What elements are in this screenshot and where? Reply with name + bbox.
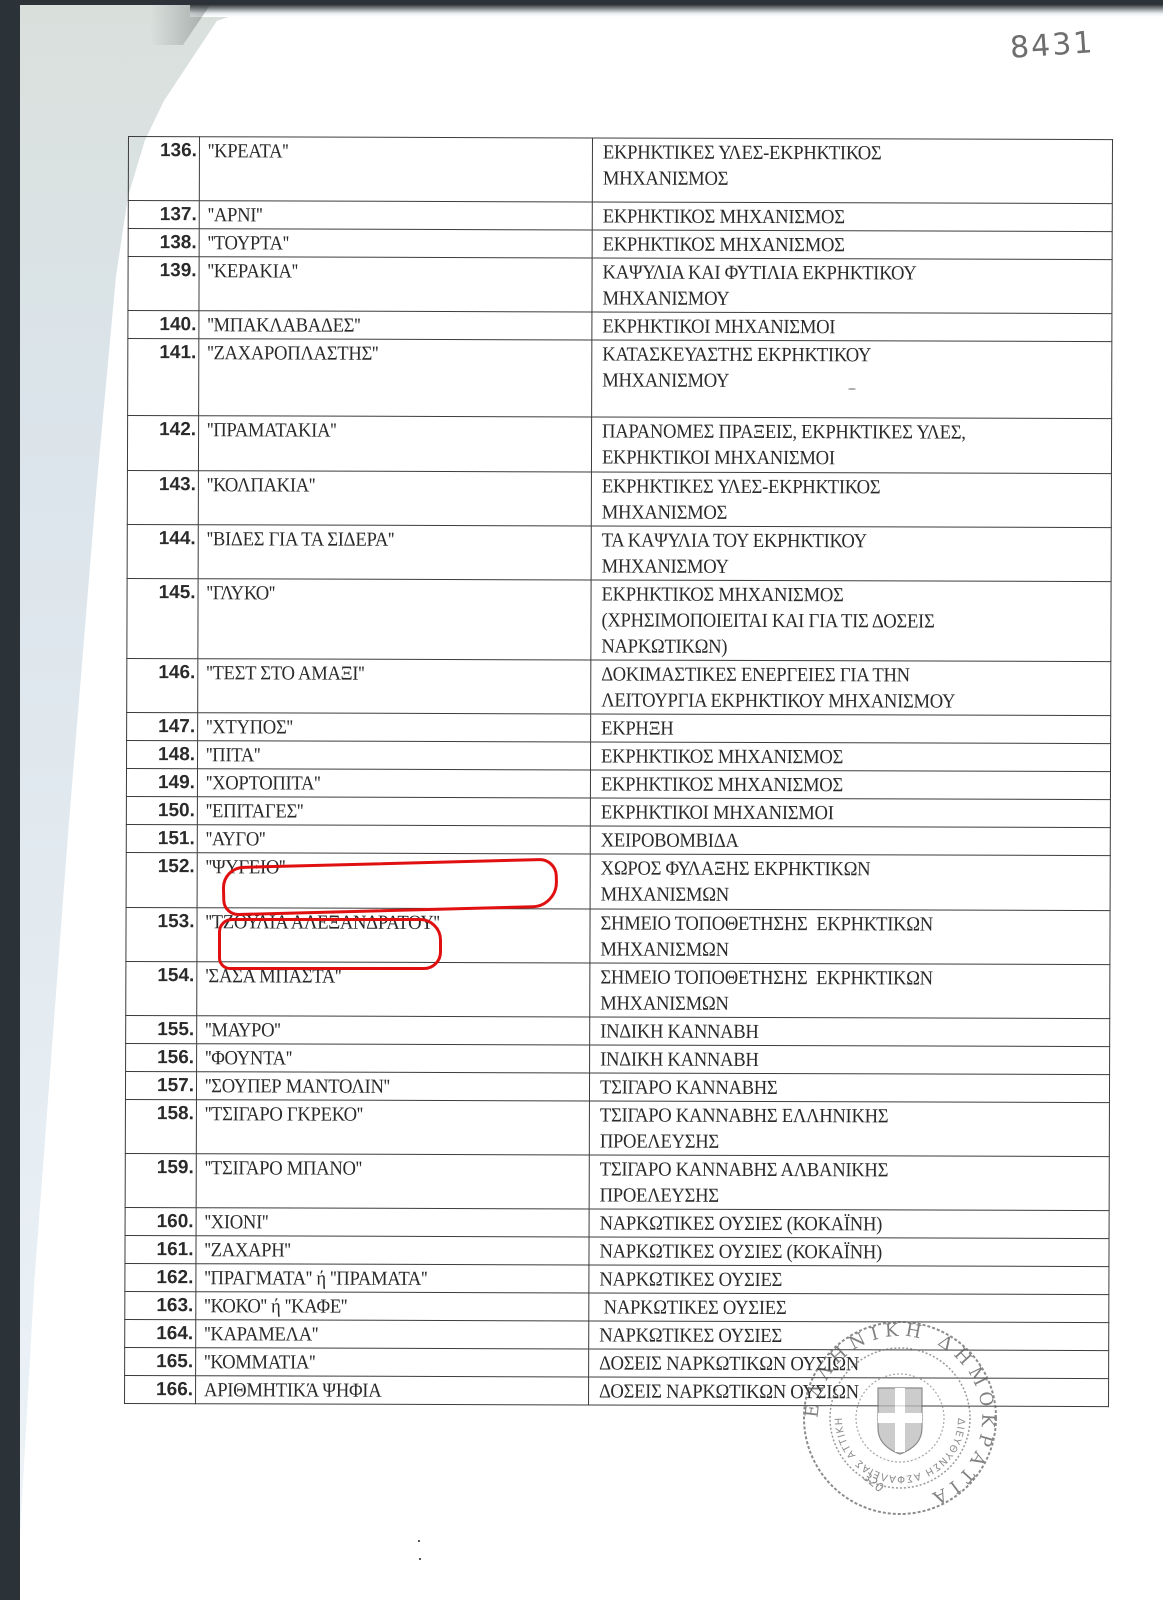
codeword-term: ''ΧΙΟΝΙ'': [196, 1208, 589, 1237]
codeword-text: ''ΠΙΤΑ'': [206, 742, 563, 769]
codeword-meaning: ΤΑ ΚΑΨΥΛΙΑ ΤΟΥ ΕΚΡΗΚΤΙΚΟΥΜΗΧΑΝΙΣΜΟΥ: [591, 526, 1111, 582]
codeword-meaning: ΕΚΡΗΚΤΙΚΟΣ ΜΗΧΑΝΙΣΜΟΣ: [591, 742, 1111, 772]
meaning-line: ΝΑΡΚΩΤΙΚΕΣ ΟΥΣΙΕΣ (ΚΟΚΑΪΝΗ): [600, 1210, 1070, 1237]
row-number: 155.: [126, 1015, 197, 1043]
codeword-term: ''ΠΙΤΑ'': [198, 741, 591, 770]
meaning-line: ΕΚΡΗΚΤΙΚΕΣ ΥΛΕΣ-ΕΚΡΗΚΤΙΚΟΣ: [603, 139, 1073, 166]
row-number: 143.: [127, 470, 198, 524]
meaning-line: ΜΗΧΑΝΙΣΜΟΣ: [603, 165, 1073, 192]
table-row: 157.''ΣΟΥΠΕΡ ΜΑΝΤΟΛΙΝ''ΤΣΙΓΑΡΟ ΚΑΝΝΑΒΗΣ: [125, 1071, 1109, 1102]
codeword-term: ''ΤΟΥΡΤΑ'': [199, 229, 592, 258]
codeword-term: ''ΤΣΙΓΑΡΟ ΓΚΡΕΚΟ'': [196, 1100, 589, 1155]
table-row: 160.''ΧΙΟΝΙ''ΝΑΡΚΩΤΙΚΕΣ ΟΥΣΙΕΣ (ΚΟΚΑΪΝΗ): [125, 1207, 1109, 1238]
codeword-term: ''ΒΙΔΕΣ ΓΙΑ ΤΑ ΣΙΔΕΡΑ'': [198, 525, 591, 580]
row-number: 151.: [126, 824, 197, 852]
codeword-text: ''ΠΡΑΓΜΑΤΑ'' ή ''ΠΡΑΜΑΤΑ'': [204, 1265, 561, 1292]
codeword-text: ''ΤΕΣΤ ΣΤΟ ΑΜΑΞΙ'': [206, 660, 563, 687]
codeword-text: ''ΑΡΝΙ'': [208, 202, 565, 229]
row-number: 145.: [127, 578, 198, 658]
meaning-line: ΕΚΡΗΚΤΙΚΟΙ ΜΗΧΑΝΙΣΜΟΙ: [602, 313, 1072, 340]
meaning-line: ΜΗΧΑΝΙΣΜΩΝ: [601, 881, 1071, 908]
codeword-meaning: ΕΚΡΗΚΤΙΚΕΣ ΥΛΕΣ-ΕΚΡΗΚΤΙΚΟΣΜΗΧΑΝΙΣΜΟΣ: [591, 472, 1111, 528]
codeword-meaning: ΚΑΨΥΛΙΑ ΚΑΙ ΦΥΤΙΛΙΑ ΕΚΡΗΚΤΙΚΟΥΜΗΧΑΝΙΣΜΟΥ: [592, 258, 1112, 314]
codeword-meaning: ΕΚΡΗΚΤΙΚΟΣ ΜΗΧΑΝΙΣΜΟΣ: [590, 770, 1110, 800]
codeword-text: ''ΚΟΚΟ'' ή ''ΚΑΦΕ'': [204, 1293, 561, 1320]
meaning-line: ΜΗΧΑΝΙΣΜΟΥ: [602, 367, 1072, 394]
meaning-line: ΕΚΡΗΞΗ: [601, 715, 1071, 742]
table-row: 148.''ΠΙΤΑ''ΕΚΡΗΚΤΙΚΟΣ ΜΗΧΑΝΙΣΜΟΣ: [127, 740, 1111, 771]
codeword-meaning: ΕΚΡΗΚΤΙΚΟΣ ΜΗΧΑΝΙΣΜΟΣ: [592, 202, 1112, 232]
codeword-meaning: ΤΣΙΓΑΡΟ ΚΑΝΝΑΒΗΣ ΕΛΛΗΝΙΚΗΣΠΡΟΕΛΕΥΣΗΣ: [589, 1101, 1109, 1157]
meaning-line: ΕΚΡΗΚΤΙΚΟΣ ΜΗΧΑΝΙΣΜΟΣ: [603, 231, 1073, 258]
handwritten-page-number: 8431: [1009, 25, 1096, 66]
meaning-line: ΝΑΡΚΩΤΙΚΕΣ ΟΥΣΙΕΣ: [599, 1266, 1069, 1293]
codeword-text: ''ΤΣΙΓΑΡΟ ΓΚΡΕΚΟ'': [205, 1101, 562, 1128]
row-number: 152.: [126, 852, 197, 907]
row-number: 137.: [128, 201, 199, 229]
meaning-line: ΜΗΧΑΝΙΣΜΟΥ: [602, 553, 1072, 580]
table-row: 138.''ΤΟΥΡΤΑ''ΕΚΡΗΚΤΙΚΟΣ ΜΗΧΑΝΙΣΜΟΣ: [128, 229, 1112, 260]
meaning-line: ΜΗΧΑΝΙΣΜΩΝ: [600, 936, 1070, 963]
codeword-text: ''ΠΡΑΜΑΤΑΚΙΑ'': [207, 417, 564, 444]
codeword-text: ΑΡΙΘΜΗΤΙΚΆ ΨΗΦΙΑ: [204, 1377, 561, 1404]
meaning-line: ΠΡΟΕΛΕΥΣΗΣ: [600, 1128, 1070, 1155]
codeword-meaning: ΙΝΔΙΚΗ ΚΑΝΝΑΒΗ: [590, 1017, 1110, 1047]
table-row-highlighted: 153.''ΤΖΟΥΛΙΑ ΑΛΕΞΑΝΔΡΑΤΟΥ''ΣΗΜΕΙΟ ΤΟΠΟΘ…: [126, 907, 1110, 964]
scanner-edge-left: [0, 0, 20, 1600]
meaning-line: ΤΣΙΓΑΡΟ ΚΑΝΝΑΒΗΣ: [600, 1074, 1070, 1101]
meaning-line: ΕΚΡΗΚΤΙΚΟΣ ΜΗΧΑΝΙΣΜΟΣ: [602, 581, 1072, 608]
table-row: 141.''ΖΑΧΑΡΟΠΛΑΣΤΗΣ''ΚΑΤΑΣΚΕΥΑΣΤΗΣ ΕΚΡΗΚ…: [128, 339, 1112, 419]
row-number: 142.: [127, 416, 198, 471]
meaning-line: ΣΗΜΕΙΟ ΤΟΠΟΘΕΤΗΣΗΣ ΕΚΡΗΚΤΙΚΩΝ: [600, 910, 1070, 937]
meaning-line: ΤΑ ΚΑΨΥΛΙΑ ΤΟΥ ΕΚΡΗΚΤΙΚΟΥ: [602, 527, 1072, 554]
meaning-line: ΠΑΡΑΝΟΜΕΣ ΠΡΑΞΕΙΣ, ΕΚΡΗΚΤΙΚΕΣ ΥΛΕΣ,: [602, 418, 1072, 445]
codeword-meaning: ΝΑΡΚΩΤΙΚΕΣ ΟΥΣΙΕΣ: [589, 1265, 1109, 1295]
meaning-line: ΙΝΔΙΚΗ ΚΑΝΝΑΒΗ: [600, 1018, 1070, 1045]
codeword-term: ''ΑΡΝΙ'': [199, 201, 592, 230]
table-row: 150.''ΕΠΙΤΑΓΕΣ''ΕΚΡΗΚΤΙΚΟΙ ΜΗΧΑΝΙΣΜΟΙ: [126, 796, 1110, 827]
meaning-line: ΕΚΡΗΚΤΙΚΟΣ ΜΗΧΑΝΙΣΜΟΣ: [601, 743, 1071, 770]
codeword-term: ''ΚΕΡΑΚΙΑ'': [199, 257, 592, 312]
row-number: 149.: [126, 768, 197, 796]
codeword-text: ''ΚΕΡΑΚΙΑ'': [208, 258, 565, 285]
codeword-term: ''ΤΣΙΓΑΡΟ ΜΠΑΝΟ'': [196, 1154, 589, 1209]
codeword-meaning: ΔΟΚΙΜΑΣΤΙΚΕΣ ΕΝΕΡΓΕΙΕΣ ΓΙΑ ΤΗΝΛΕΙΤΟΥΡΓΙΑ…: [591, 660, 1111, 716]
codeword-text: ''ΧΟΡΤΟΠΙΤΑ'': [206, 770, 563, 797]
table-row: 139.''ΚΕΡΑΚΙΑ''ΚΑΨΥΛΙΑ ΚΑΙ ΦΥΤΙΛΙΑ ΕΚΡΗΚ…: [128, 257, 1112, 314]
table-row: 149.''ΧΟΡΤΟΠΙΤΑ''ΕΚΡΗΚΤΙΚΟΣ ΜΗΧΑΝΙΣΜΟΣ: [126, 768, 1110, 799]
row-number: 153.: [126, 907, 197, 961]
codeword-term: ''ΚΟΜΜΑΤΙΑ'': [196, 1348, 589, 1377]
codeword-meaning: ΧΩΡΟΣ ΦΥΛΑΞΗΣ ΕΚΡΗΚΤΙΚΩΝΜΗΧΑΝΙΣΜΩΝ: [590, 854, 1110, 911]
codeword-term: ''ΖΑΧΑΡΗ'': [196, 1236, 589, 1265]
meaning-line: ΕΚΡΗΚΤΙΚΟΙ ΜΗΧΑΝΙΣΜΟΙ: [602, 444, 1072, 471]
table-row: 147.''ΧΤΥΠΟΣ''ΕΚΡΗΞΗ: [127, 712, 1111, 743]
codeword-text: 'ΣΑΣΑ ΜΠΑΣΤΑ'': [205, 963, 562, 990]
table-row: 155.''ΜΑΥΡΟ''ΙΝΔΙΚΗ ΚΑΝΝΑΒΗ: [126, 1015, 1110, 1046]
table-row: 151.''ΑΥΓΟ''ΧΕΙΡΟΒΟΜΒΙΔΑ: [126, 824, 1110, 855]
codeword-term: ''ΣΟΥΠΕΡ ΜΑΝΤΟΛΙΝ'': [196, 1072, 589, 1101]
table-row: 158.''ΤΣΙΓΑΡΟ ΓΚΡΕΚΟ''ΤΣΙΓΑΡΟ ΚΑΝΝΑΒΗΣ Ε…: [125, 1099, 1109, 1156]
meaning-line: ΣΗΜΕΙΟ ΤΟΠΟΘΕΤΗΣΗΣ ΕΚΡΗΚΤΙΚΩΝ: [600, 964, 1070, 991]
meaning-line: ΜΗΧΑΝΙΣΜΟΣ: [602, 499, 1072, 526]
row-number: 148.: [127, 740, 198, 768]
row-number: 156.: [126, 1043, 197, 1071]
codeword-meaning: ΕΚΡΗΚΤΙΚΟΣ ΜΗΧΑΝΙΣΜΟΣ(ΧΡΗΣΙΜΟΠΟΙΕΙΤΑΙ ΚΑ…: [591, 580, 1111, 662]
row-number: 144.: [127, 524, 198, 578]
paper-top-shadow: [190, 5, 1163, 17]
table-row: 137.''ΑΡΝΙ''ΕΚΡΗΚΤΙΚΟΣ ΜΗΧΑΝΙΣΜΟΣ: [128, 201, 1112, 232]
row-number: 165.: [125, 1347, 196, 1375]
codeword-meaning: ΙΝΔΙΚΗ ΚΑΝΝΑΒΗ: [590, 1045, 1110, 1075]
codeword-text: ''ΓΛΥΚΟ'': [207, 580, 564, 607]
meaning-line: ΧΕΙΡΟΒΟΜΒΙΔΑ: [601, 827, 1071, 854]
meaning-line: ΕΚΡΗΚΤΙΚΟΣ ΜΗΧΑΝΙΣΜΟΣ: [603, 203, 1073, 230]
codeword-text: ''ΒΙΔΕΣ ΓΙΑ ΤΑ ΣΙΔΕΡΑ'': [207, 526, 564, 553]
codeword-term: ΑΡΙΘΜΗΤΙΚΆ ΨΗΦΙΑ: [196, 1376, 589, 1405]
meaning-line: ΚΑΤΑΣΚΕΥΑΣΤΗΣ ΕΚΡΗΚΤΙΚΟΥ: [602, 341, 1072, 368]
scan-speck: [419, 1558, 421, 1560]
codeword-meaning: ΤΣΙΓΑΡΟ ΚΑΝΝΑΒΗΣ: [589, 1073, 1109, 1103]
codeword-meaning: ΕΚΡΗΚΤΙΚΟΙ ΜΗΧΑΝΙΣΜΟΙ: [590, 798, 1110, 828]
row-number: 138.: [128, 229, 199, 257]
codeword-term: ''ΠΡΑΓΜΑΤΑ'' ή ''ΠΡΑΜΑΤΑ'': [196, 1264, 589, 1293]
meaning-line: ΜΗΧΑΝΙΣΜΩΝ: [600, 990, 1070, 1017]
table-row: 145.''ΓΛΥΚΟ''ΕΚΡΗΚΤΙΚΟΣ ΜΗΧΑΝΙΣΜΟΣ(ΧΡΗΣΙ…: [127, 578, 1111, 661]
codeword-term: 'ΣΑΣΑ ΜΠΑΣΤΑ'': [197, 962, 590, 1017]
table-row-highlighted: 154.'ΣΑΣΑ ΜΠΑΣΤΑ''ΣΗΜΕΙΟ ΤΟΠΟΘΕΤΗΣΗΣ ΕΚΡ…: [126, 961, 1110, 1018]
scan-speck: [848, 388, 856, 390]
meaning-line: ΠΡΟΕΛΕΥΣΗΣ: [600, 1182, 1070, 1209]
table-row: 142.''ΠΡΑΜΑΤΑΚΙΑ''ΠΑΡΑΝΟΜΕΣ ΠΡΑΞΕΙΣ, ΕΚΡ…: [127, 416, 1111, 474]
row-number: 163.: [125, 1291, 196, 1319]
glossary-body: 136.''ΚΡΕΑΤΑ''ΕΚΡΗΚΤΙΚΕΣ ΥΛΕΣ-ΕΚΡΗΚΤΙΚΟΣ…: [125, 137, 1113, 1407]
meaning-line: ΜΗΧΑΝΙΣΜΟΥ: [602, 285, 1072, 312]
codeword-term: ''ΓΛΥΚΟ'': [198, 579, 591, 660]
meaning-line: ΕΚΡΗΚΤΙΚΕΣ ΥΛΕΣ-ΕΚΡΗΚΤΙΚΟΣ: [602, 473, 1072, 500]
meaning-line: (ΧΡΗΣΙΜΟΠΟΙΕΙΤΑΙ ΚΑΙ ΓΙΑ ΤΙΣ ΔΟΣΕΙΣ: [601, 607, 1071, 634]
table-row: 146.''ΤΕΣΤ ΣΤΟ ΑΜΑΞΙ''ΔΟΚΙΜΑΣΤΙΚΕΣ ΕΝΕΡΓ…: [127, 658, 1111, 715]
codeword-text: ''ΖΑΧΑΡΗ'': [204, 1237, 561, 1264]
codeword-term: ''ΧΟΡΤΟΠΙΤΑ'': [197, 769, 590, 798]
codeword-meaning: ΕΚΡΗΚΤΙΚΟΙ ΜΗΧΑΝΙΣΜΟΙ: [592, 312, 1112, 342]
codeword-text: ''ΚΡΕΑΤΑ'': [208, 138, 565, 165]
codeword-glossary-table: 136.''ΚΡΕΑΤΑ''ΕΚΡΗΚΤΙΚΕΣ ΥΛΕΣ-ΕΚΡΗΚΤΙΚΟΣ…: [124, 136, 1113, 1407]
codeword-term: ''ΖΑΧΑΡΟΠΛΑΣΤΗΣ'': [199, 339, 592, 417]
table-row: 136.''ΚΡΕΑΤΑ''ΕΚΡΗΚΤΙΚΕΣ ΥΛΕΣ-ΕΚΡΗΚΤΙΚΟΣ…: [128, 137, 1112, 204]
row-number: 159.: [125, 1153, 196, 1207]
codeword-text: ''ΦΟΥΝΤΑ'': [205, 1045, 562, 1072]
codeword-term: ''ΦΟΥΝΤΑ'': [197, 1044, 590, 1073]
codeword-text: ''ΜΑΥΡΟ'': [205, 1017, 562, 1044]
codeword-text: ''ΣΟΥΠΕΡ ΜΑΝΤΟΛΙΝ'': [205, 1073, 562, 1100]
codeword-meaning: ΣΗΜΕΙΟ ΤΟΠΟΘΕΤΗΣΗΣ ΕΚΡΗΚΤΙΚΩΝΜΗΧΑΝΙΣΜΩΝ: [590, 963, 1110, 1019]
codeword-text: ''ΚΟΛΠΑΚΙΑ'': [207, 472, 564, 499]
row-number: 162.: [125, 1263, 196, 1291]
codeword-term: ''ΚΡΕΑΤΑ'': [199, 137, 592, 202]
codeword-meaning: ΝΑΡΚΩΤΙΚΕΣ ΟΥΣΙΕΣ (ΚΟΚΑΪΝΗ): [589, 1237, 1109, 1267]
row-number: 146.: [127, 658, 198, 712]
table-row: 143.''ΚΟΛΠΑΚΙΑ''ΕΚΡΗΚΤΙΚΕΣ ΥΛΕΣ-ΕΚΡΗΚΤΙΚ…: [127, 470, 1111, 527]
row-number: 161.: [125, 1235, 196, 1263]
meaning-line: ΤΣΙΓΑΡΟ ΚΑΝΝΑΒΗΣ ΕΛΛΗΝΙΚΗΣ: [600, 1102, 1070, 1129]
table-row: 162.''ΠΡΑΓΜΑΤΑ'' ή ''ΠΡΑΜΑΤΑ''ΝΑΡΚΩΤΙΚΕΣ…: [125, 1263, 1109, 1294]
codeword-text: ''ΧΙΟΝΙ'': [205, 1209, 562, 1236]
row-number: 139.: [128, 257, 199, 311]
row-number: 164.: [125, 1319, 196, 1347]
codeword-term: ''ΕΠΙΤΑΓΕΣ'': [197, 797, 590, 826]
codeword-text: ''ΨΥΓΕΙΟ'': [206, 854, 563, 881]
codeword-text: ''ΤΣΙΓΑΡΟ ΜΠΑΝΟ'': [205, 1155, 562, 1182]
codeword-meaning: ΚΑΤΑΣΚΕΥΑΣΤΗΣ ΕΚΡΗΚΤΙΚΟΥΜΗΧΑΝΙΣΜΟΥ: [592, 340, 1112, 419]
row-number: 141.: [128, 339, 199, 416]
codeword-term: ''ΚΑΡΑΜΕΛΑ'': [196, 1320, 589, 1349]
scan-speck: [418, 1540, 420, 1542]
meaning-line: ΔΟΚΙΜΑΣΤΙΚΕΣ ΕΝΕΡΓΕΙΕΣ ΓΙΑ ΤΗΝ: [601, 661, 1071, 688]
codeword-term: ''ΤΖΟΥΛΙΑ ΑΛΕΞΑΝΔΡΑΤΟΥ'': [197, 908, 590, 963]
row-number: 147.: [127, 712, 198, 740]
codeword-meaning: ΧΕΙΡΟΒΟΜΒΙΔΑ: [590, 826, 1110, 856]
meaning-line: ΚΑΨΥΛΙΑ ΚΑΙ ΦΥΤΙΛΙΑ ΕΚΡΗΚΤΙΚΟΥ: [603, 259, 1073, 286]
meaning-line: ΤΣΙΓΑΡΟ ΚΑΝΝΑΒΗΣ ΑΛΒΑΝΙΚΗΣ: [600, 1156, 1070, 1183]
codeword-meaning: ΕΚΡΗΚΤΙΚΟΣ ΜΗΧΑΝΙΣΜΟΣ: [592, 230, 1112, 260]
codeword-term: ''ΠΡΑΜΑΤΑΚΙΑ'': [198, 416, 591, 472]
codeword-text: ''ΚΟΜΜΑΤΙΑ'': [204, 1349, 561, 1376]
codeword-text: ''ΤΖΟΥΛΙΑ ΑΛΕΞΑΝΔΡΑΤΟΥ'': [205, 909, 562, 936]
codeword-term: ''ΤΕΣΤ ΣΤΟ ΑΜΑΞΙ'': [198, 659, 591, 714]
meaning-line: ΕΚΡΗΚΤΙΚΟΣ ΜΗΧΑΝΙΣΜΟΣ: [601, 771, 1071, 798]
coat-of-arms-cross-icon: [878, 1388, 922, 1454]
codeword-term: ''ΜΑΥΡΟ'': [197, 1016, 590, 1045]
codeword-meaning: ΣΗΜΕΙΟ ΤΟΠΟΘΕΤΗΣΗΣ ΕΚΡΗΚΤΙΚΩΝΜΗΧΑΝΙΣΜΩΝ: [590, 909, 1110, 965]
row-number: 154.: [126, 961, 197, 1015]
table-row: 161.''ΖΑΧΑΡΗ''ΝΑΡΚΩΤΙΚΕΣ ΟΥΣΙΕΣ (ΚΟΚΑΪΝΗ…: [125, 1235, 1109, 1266]
codeword-meaning: ΠΑΡΑΝΟΜΕΣ ΠΡΑΞΕΙΣ, ΕΚΡΗΚΤΙΚΕΣ ΥΛΕΣ,ΕΚΡΗΚ…: [591, 417, 1111, 474]
row-number: 150.: [126, 796, 197, 824]
meaning-line: ΝΑΡΚΩΤΙΚΩΝ): [601, 633, 1071, 660]
row-number: 160.: [125, 1207, 196, 1235]
codeword-term: ''ΜΠΑΚΛΑΒΑΔΕΣ'': [199, 311, 592, 340]
codeword-text: ''ΑΥΓΟ'': [206, 826, 563, 853]
meaning-line: ΛΕΙΤΟΥΡΓΙΑ ΕΚΡΗΚΤΙΚΟΥ ΜΗΧΑΝΙΣΜΟΥ: [601, 687, 1071, 714]
table-row: 144.''ΒΙΔΕΣ ΓΙΑ ΤΑ ΣΙΔΕΡΑ''ΤΑ ΚΑΨΥΛΙΑ ΤΟ…: [127, 524, 1111, 581]
row-number: 140.: [128, 311, 199, 339]
codeword-text: ''ΜΠΑΚΛΑΒΑΔΕΣ'': [207, 312, 564, 339]
row-number: 158.: [125, 1099, 196, 1153]
row-number: 166.: [125, 1375, 196, 1403]
codeword-meaning: ΝΑΡΚΩΤΙΚΕΣ ΟΥΣΙΕΣ (ΚΟΚΑΪΝΗ): [589, 1209, 1109, 1239]
codeword-meaning: ΕΚΡΗΚΤΙΚΕΣ ΥΛΕΣ-ΕΚΡΗΚΤΙΚΟΣΜΗΧΑΝΙΣΜΟΣ: [592, 138, 1112, 204]
codeword-term: ''ΚΟΛΠΑΚΙΑ'': [198, 471, 591, 526]
meaning-line: ΕΚΡΗΚΤΙΚΟΙ ΜΗΧΑΝΙΣΜΟΙ: [601, 799, 1071, 826]
table-row: 159.''ΤΣΙΓΑΡΟ ΜΠΑΝΟ''ΤΣΙΓΑΡΟ ΚΑΝΝΑΒΗΣ ΑΛ…: [125, 1153, 1109, 1210]
codeword-text: ''ΚΑΡΑΜΕΛΑ'': [204, 1321, 561, 1348]
official-seal-stamp: ΕΛΛΗΝΙΚΗ ΔΗΜΟΚΡΑΤΙΑ ΔΙΕΥΘΥΝΣΗ ΑΣΦΑΛΕΙΑΣ …: [800, 1318, 1000, 1518]
row-number: 157.: [125, 1071, 196, 1099]
meaning-line: ΧΩΡΟΣ ΦΥΛΑΞΗΣ ΕΚΡΗΚΤΙΚΩΝ: [601, 855, 1071, 882]
row-number: 136.: [128, 137, 199, 201]
codeword-term: ''ΑΥΓΟ'': [197, 825, 590, 854]
meaning-line: ΝΑΡΚΩΤΙΚΕΣ ΟΥΣΙΕΣ (ΚΟΚΑΪΝΗ): [599, 1238, 1069, 1265]
table-row: 152.''ΨΥΓΕΙΟ''ΧΩΡΟΣ ΦΥΛΑΞΗΣ ΕΚΡΗΚΤΙΚΩΝΜΗ…: [126, 852, 1110, 910]
codeword-text: ''ΤΟΥΡΤΑ'': [208, 230, 565, 257]
codeword-text: ''ΕΠΙΤΑΓΕΣ'': [206, 798, 563, 825]
codeword-term: ''ΨΥΓΕΙΟ'': [197, 853, 590, 909]
meaning-line: ΙΝΔΙΚΗ ΚΑΝΝΑΒΗ: [600, 1046, 1070, 1073]
table-row: 156.''ΦΟΥΝΤΑ''ΙΝΔΙΚΗ ΚΑΝΝΑΒΗ: [126, 1043, 1110, 1074]
codeword-meaning: ΤΣΙΓΑΡΟ ΚΑΝΝΑΒΗΣ ΑΛΒΑΝΙΚΗΣΠΡΟΕΛΕΥΣΗΣ: [589, 1155, 1109, 1211]
codeword-text: ''ΧΤΥΠΟΣ'': [206, 714, 563, 741]
codeword-term: ''ΚΟΚΟ'' ή ''ΚΑΦΕ'': [196, 1292, 589, 1321]
codeword-meaning: ΕΚΡΗΞΗ: [591, 714, 1111, 744]
table-row: 140.''ΜΠΑΚΛΑΒΑΔΕΣ''ΕΚΡΗΚΤΙΚΟΙ ΜΗΧΑΝΙΣΜΟΙ: [128, 311, 1112, 342]
codeword-term: ''ΧΤΥΠΟΣ'': [198, 713, 591, 742]
codeword-text: ''ΖΑΧΑΡΟΠΛΑΣΤΗΣ'': [207, 340, 564, 367]
